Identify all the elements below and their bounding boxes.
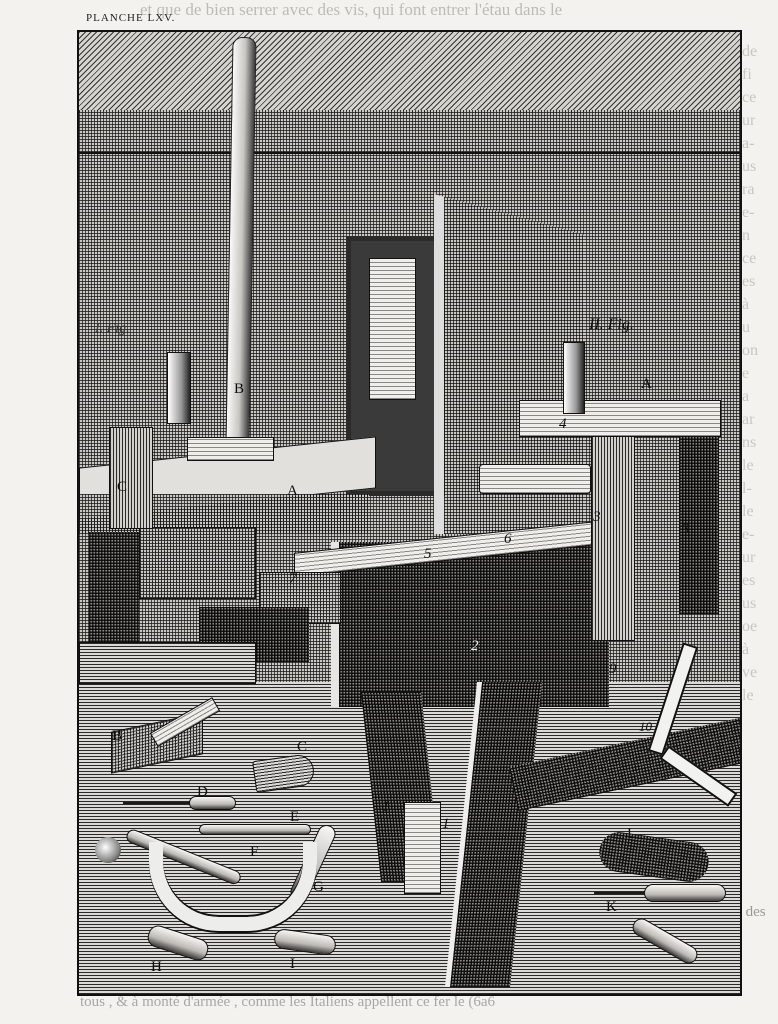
fig1-block	[187, 437, 274, 461]
fig1-bench-leg	[89, 532, 139, 642]
tool-label-I: I	[290, 957, 295, 972]
plate-title: PLANCHE LXV.	[86, 12, 175, 24]
fig2-label-3b: 3	[682, 522, 690, 537]
fig2-caption: II. Fig.	[589, 317, 634, 333]
fig2-leg-brace	[404, 802, 441, 894]
fig2-floor-block	[79, 642, 256, 684]
fig2-label-1b: 1	[442, 817, 450, 832]
engraving-plate: I. Fig. II. Fig. B C A A 4 3 3 6 5 7 2 9…	[77, 30, 742, 996]
tool-label-L: L	[627, 827, 636, 842]
fig2-label-6: 6	[504, 532, 512, 547]
tool-label-B: B	[112, 729, 122, 744]
fig1-label-A: A	[287, 484, 298, 499]
fig2-label-10: 10	[639, 720, 652, 733]
fig2-label-4: 4	[559, 417, 567, 432]
tool-G-knob	[95, 837, 121, 863]
tool-label-E: E	[290, 810, 299, 825]
tool-E-handle	[199, 824, 311, 835]
tool-K-upper	[644, 884, 726, 902]
bleed-text-bottom-4: tous , & à monté d'armée , comme les Ita…	[80, 994, 778, 1011]
fig2-frame-top	[519, 400, 721, 437]
tool-label-K: K	[606, 900, 617, 915]
tool-label-C: C	[297, 740, 307, 755]
fig1-label-C: C	[117, 480, 127, 495]
tool-label-F: F	[250, 845, 258, 860]
bleed-text-right: deficeura-usrae-nceesàuoneaarnslel-lee-u…	[742, 40, 778, 707]
fig2-label-2: 2	[471, 639, 479, 654]
fig1-label-B: B	[234, 382, 244, 397]
tool-label-G: G	[313, 880, 324, 895]
tool-D-blade	[123, 802, 193, 804]
bleed-text-top: et que de bien serrer avec des vis, qui …	[140, 0, 778, 20]
ceiling-joists	[79, 32, 740, 112]
fig2-label-9: 9	[609, 662, 617, 677]
fig2-label-1: 1	[382, 800, 390, 815]
fig1-screw	[167, 352, 191, 424]
tool-label-H: H	[151, 960, 162, 975]
fig2-crossbar	[479, 464, 591, 494]
fig2-screw-top	[563, 342, 585, 414]
fig1-lower-box	[139, 527, 256, 599]
fig2-label-7: 7	[289, 572, 297, 587]
fig1-caption: I. Fig.	[95, 322, 130, 336]
tool-K-upper-blade	[594, 892, 644, 894]
fig1-vise-post	[109, 427, 153, 529]
window-view	[369, 258, 416, 400]
tool-label-D: D	[197, 785, 208, 800]
fig2-label-3a: 3	[593, 510, 601, 525]
ceiling-beam	[79, 110, 740, 154]
fig2-label-5: 5	[424, 547, 432, 562]
fig2-label-A: A	[641, 377, 652, 392]
